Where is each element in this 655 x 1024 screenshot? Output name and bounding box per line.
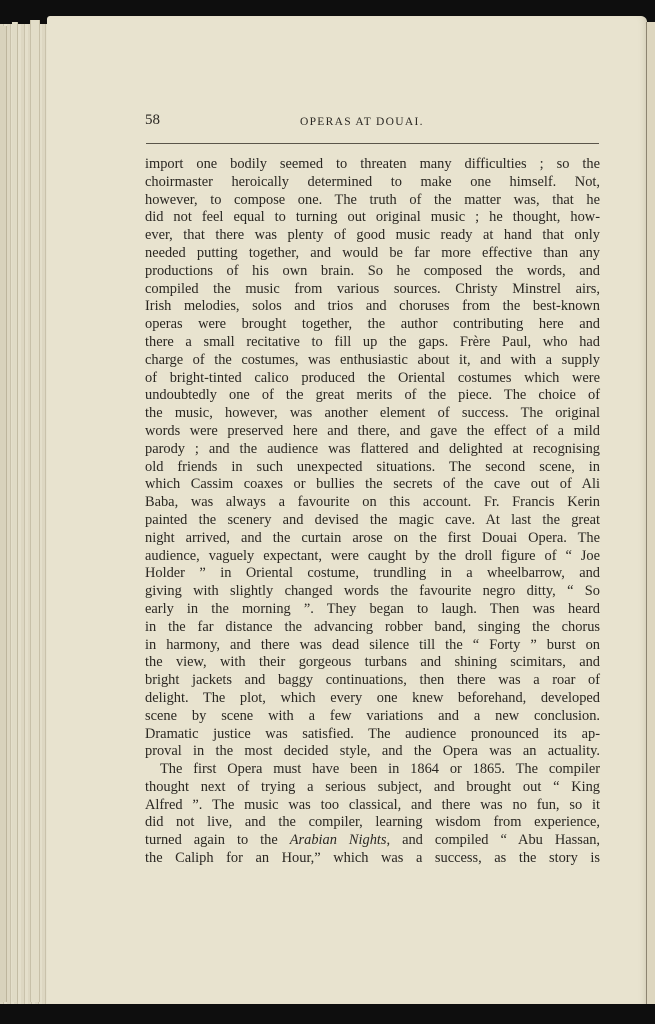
text-line: which Cassim coaxes or bullies the secre… — [145, 476, 600, 494]
text-line: the view, with their gorgeous turbans an… — [145, 654, 600, 672]
text-line: operas were brought together, the author… — [145, 316, 600, 334]
text-line: the Caliph for an Hour,” which was a suc… — [145, 850, 600, 868]
text-line: undoubtedly one of the great merits of t… — [145, 387, 600, 405]
text-line: in harmony, and there was dead silence t… — [145, 637, 600, 655]
text-line: giving with slightly changed words the f… — [145, 583, 600, 601]
text-line: scene by scene with a few variations and… — [145, 708, 600, 726]
text-line: thought next of trying a serious subject… — [145, 779, 600, 797]
text-line: words were preserved here and there, and… — [145, 423, 600, 441]
text-line: proval in the most decided style, and th… — [145, 743, 600, 761]
text-line: choirmaster heroically determined to mak… — [145, 174, 600, 192]
page-stack-edges — [0, 24, 50, 1004]
text-line: needed putting together, and would be fa… — [145, 245, 600, 263]
text-line: Baba, was always a favourite on this acc… — [145, 494, 600, 512]
text-line: bright jackets and baggy continuations, … — [145, 672, 600, 690]
text-line: painted the scenery and devised the magi… — [145, 512, 600, 530]
text-line: Holder ” in Oriental costume, trundling … — [145, 565, 600, 583]
page-edge — [0, 26, 7, 1002]
text-line: charge of the costumes, was enthusiastic… — [145, 352, 600, 370]
text-line: in the far distance the advancing robber… — [145, 619, 600, 637]
text-line: Alfred ”. The music was too classical, a… — [145, 797, 600, 815]
running-header: 58 OPERAS AT DOUAI. — [145, 112, 599, 134]
body-text: import one bodily seemed to threaten man… — [145, 156, 600, 868]
text-line: did not live, and the compiler, learning… — [145, 814, 600, 832]
text-line: import one bodily seemed to threaten man… — [145, 156, 600, 174]
text-line: of bright-tinted calico produced the Ori… — [145, 370, 600, 388]
text-run: , and compiled “ Abu Hassan, — [387, 832, 601, 848]
page-number: 58 — [145, 112, 160, 129]
text-line: Dramatic justice was satisfied. The audi… — [145, 726, 600, 744]
text-line: Irish melodies, solos and trios and chor… — [145, 298, 600, 316]
text-line: ever, that there was plenty of good musi… — [145, 227, 600, 245]
text-line: productions of his own brain. So he comp… — [145, 263, 600, 281]
text-line: turned again to the Arabian Nights, and … — [145, 832, 600, 850]
text-run: turned again to the — [145, 832, 290, 848]
page-edge — [12, 22, 18, 1002]
text-line: The first Opera must have been in 1864 o… — [145, 761, 600, 779]
text-line: delight. The plot, which every one knew … — [145, 690, 600, 708]
text-line: early in the morning ”. They began to la… — [145, 601, 600, 619]
text-line: old friends in such unexpected situation… — [145, 459, 600, 477]
text-line: night arrived, and the curtain arose on … — [145, 530, 600, 548]
text-line: compiled the music from various sources.… — [145, 281, 600, 299]
text-line: did not feel equal to turning out origin… — [145, 209, 600, 227]
book-title-italic: Arabian Nights — [290, 832, 387, 848]
running-title: OPERAS AT DOUAI. — [300, 116, 424, 128]
text-line: however, to compose one. The truth of th… — [145, 192, 600, 210]
page-edge — [30, 20, 40, 1002]
facing-page-edge — [646, 22, 655, 1004]
text-line: parody ; and the audience was flattered … — [145, 441, 600, 459]
text-line: audience, vaguely expectant, were caught… — [145, 548, 600, 566]
text-line: there a small recitative to fill up the … — [145, 334, 600, 352]
text-line: the music, however, was another element … — [145, 405, 600, 423]
header-rule — [146, 143, 599, 144]
